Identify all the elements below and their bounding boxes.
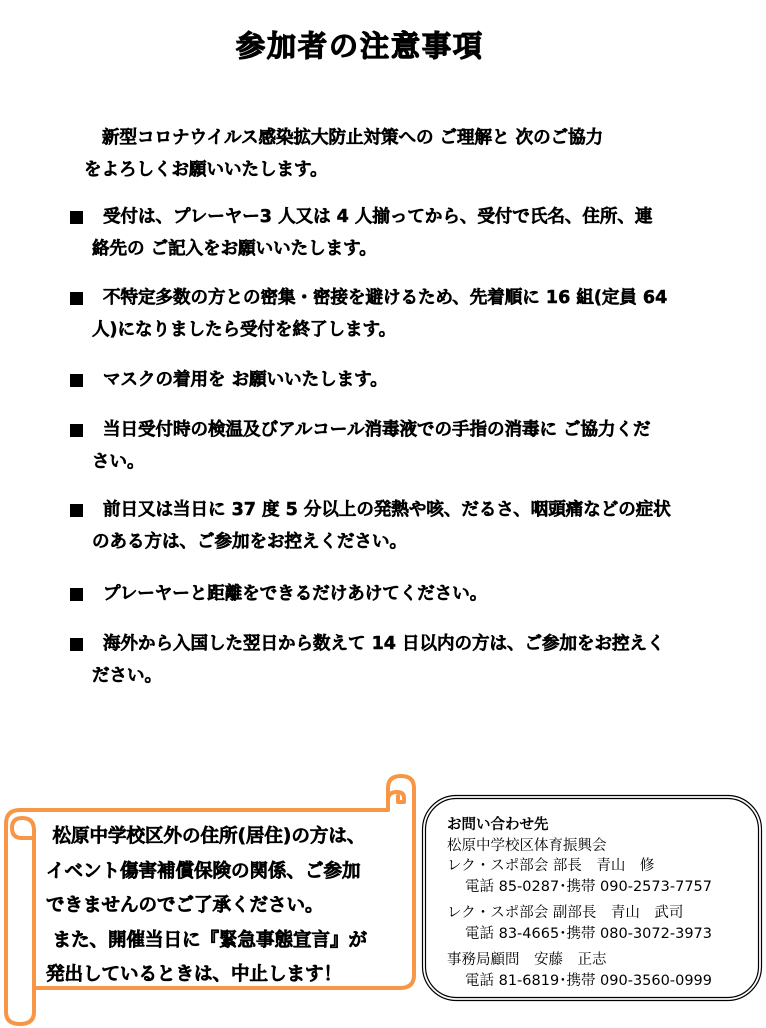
square-bullet-icon — [70, 424, 83, 437]
square-bullet-icon — [70, 374, 83, 387]
item-line-1: 海外から入国した翌日から数えて 14 日以内の方は、ご参加をお控えく — [66, 628, 726, 660]
square-bullet-icon — [70, 588, 83, 601]
item-line-2: 絡先の ご記入をお願いいたします。 — [66, 233, 726, 265]
item-line-2: のある方は、ご参加をお控えください。 — [66, 526, 726, 558]
intro-line-2: をよろしくお願いいたします。 — [84, 154, 734, 186]
item-line-1: 当日受付時の検温及びアルコール消毒液での手指の消毒に ご協力くだ — [66, 414, 726, 446]
notice-item-capacity: 不特定多数の方との密集・密接を避けるため、先着順に 16 組(定員 64 人)に… — [66, 282, 726, 346]
contact-person-2: レク・スポ部会 副部長 青山 武司 — [447, 903, 757, 924]
contact-phone-2: 電話 83-4665･携帯 080-3072-3973 — [447, 924, 757, 945]
contact-person-1: レク・スポ部会 部長 青山 修 — [447, 856, 757, 877]
notice-item-temperature-check: 当日受付時の検温及びアルコール消毒液での手指の消毒に ご協力くだ さい。 — [66, 414, 726, 478]
notice-item-overseas: 海外から入国した翌日から数えて 14 日以内の方は、ご参加をお控えく ださい。 — [66, 628, 726, 692]
square-bullet-icon — [70, 638, 83, 651]
contact-organization: 松原中学校区体育振興会 — [447, 836, 757, 857]
notice-item-distance: プレーヤーと距離をできるだけあけてください。 — [66, 578, 726, 610]
contact-person-3: 事務局顧問 安藤 正志 — [447, 950, 757, 971]
contact-heading: お問い合わせ先 — [447, 815, 757, 836]
intro-line-1: 新型コロナウイルス感染拡大防止対策への ご理解と 次のご協力 — [84, 122, 734, 154]
notice-line: 松原中学校区外の住所(居住)の方は、 — [46, 820, 416, 855]
item-line-2: ださい。 — [66, 660, 726, 692]
item-line-1: 前日又は当日に 37 度 5 分以上の発熱や咳、だるさ、咽頭痛などの症状 — [66, 494, 726, 526]
item-line-1: プレーヤーと距離をできるだけあけてください。 — [66, 578, 726, 610]
item-line-1: マスクの着用を お願いいたします。 — [66, 364, 726, 396]
page-title: 参加者の注意事項 — [0, 24, 720, 65]
notice-line: イベント傷害補償保険の関係、ご参加 — [46, 855, 416, 890]
notice-item-reception: 受付は、プレーヤー3 人又は 4 人揃ってから、受付で氏名、住所、連 絡先の ご… — [66, 201, 726, 265]
notice-scroll-text: 松原中学校区外の住所(居住)の方は、 イベント傷害補償保険の関係、ご参加 できま… — [46, 820, 416, 993]
item-line-2: 人)になりましたら受付を終了します。 — [66, 314, 726, 346]
notice-line: できませんのでご了承ください。 — [46, 889, 416, 924]
square-bullet-icon — [70, 292, 83, 305]
contact-phone-1: 電話 85-0287･携帯 090-2573-7757 — [447, 877, 757, 898]
item-line-2: さい。 — [66, 446, 726, 478]
notice-line: また、開催当日に『緊急事態宣言』が — [46, 924, 416, 959]
contact-phone-3: 電話 81-6819･携帯 090-3560-0999 — [447, 971, 757, 992]
square-bullet-icon — [70, 504, 83, 517]
contact-info: お問い合わせ先 松原中学校区体育振興会 レク・スポ部会 部長 青山 修 電話 8… — [447, 815, 757, 991]
item-line-1: 不特定多数の方との密集・密接を避けるため、先着順に 16 組(定員 64 — [66, 282, 726, 314]
intro-paragraph: 新型コロナウイルス感染拡大防止対策への ご理解と 次のご協力 をよろしくお願いい… — [84, 122, 734, 186]
notice-line: 発出しているときは、中止します！ — [46, 958, 416, 993]
notice-item-mask: マスクの着用を お願いいたします。 — [66, 364, 726, 396]
item-line-1: 受付は、プレーヤー3 人又は 4 人揃ってから、受付で氏名、住所、連 — [66, 201, 726, 233]
notice-item-fever: 前日又は当日に 37 度 5 分以上の発熱や咳、だるさ、咽頭痛などの症状 のある… — [66, 494, 726, 558]
square-bullet-icon — [70, 211, 83, 224]
